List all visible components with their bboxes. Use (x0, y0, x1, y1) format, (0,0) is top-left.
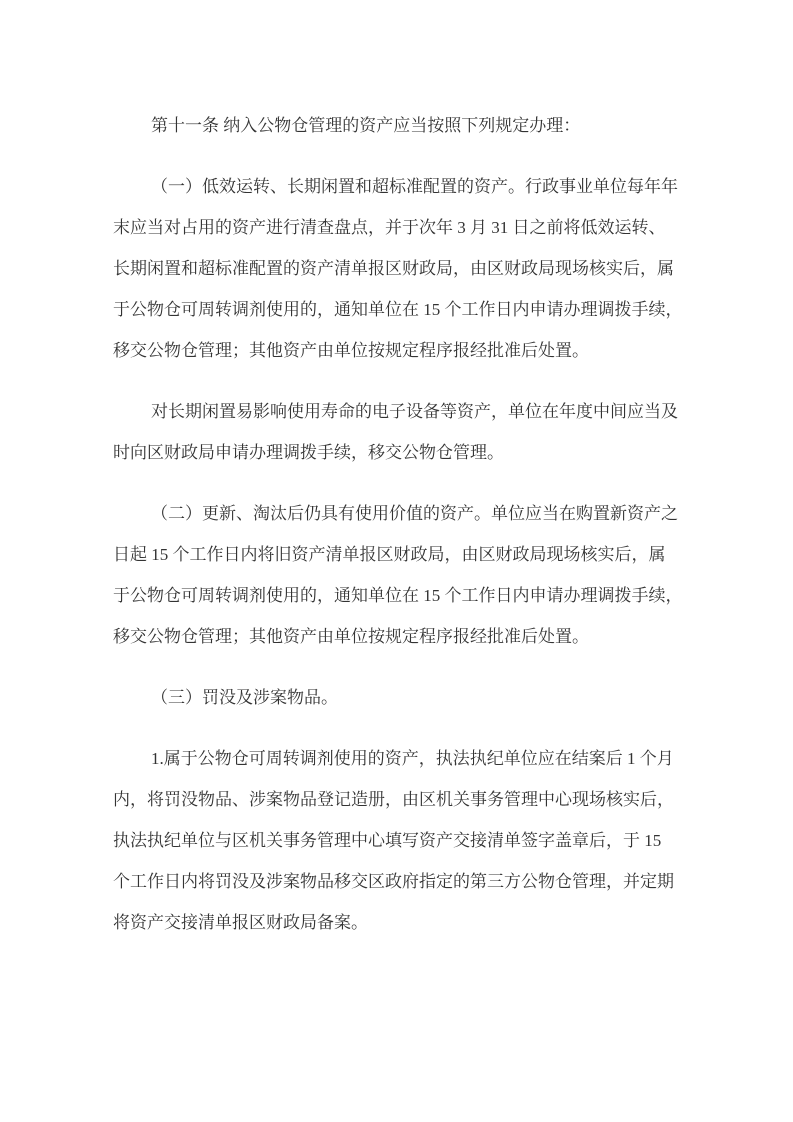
paragraph-article-11-heading: 第十一条 纳入公物仓管理的资产应当按照下列规定办理： (113, 105, 680, 146)
text-line: 于公物仓可周转调剂使用的，通知单位在 15 个工作日内申请办理调拨手续， (113, 575, 680, 616)
text-line: 第十一条 纳入公物仓管理的资产应当按照下列规定办理： (113, 105, 680, 146)
document-body: 第十一条 纳入公物仓管理的资产应当按照下列规定办理： （一）低效运转、长期闲置和… (113, 105, 680, 963)
paragraph-item-3-sub-1: 1.属于公物仓可周转调剂使用的资产，执法执纪单位应在结案后 1 个月 内，将罚没… (113, 738, 680, 943)
paragraph-electronic-equipment: 对长期闲置易影响使用寿命的电子设备等资产，单位在年度中间应当及 时向区财政局申请… (113, 391, 680, 473)
text-line: 将资产交接清单报区财政局备案。 (113, 902, 680, 943)
paragraph-item-3: （三）罚没及涉案物品。 (113, 677, 680, 718)
text-line: 时向区财政局申请办理调拨手续，移交公物仓管理。 (113, 432, 680, 473)
document-page: 第十一条 纳入公物仓管理的资产应当按照下列规定办理： （一）低效运转、长期闲置和… (0, 0, 793, 1122)
text-line: 日起 15 个工作日内将旧资产清单报区财政局，由区财政局现场核实后，属 (113, 534, 680, 575)
text-line: 执法执纪单位与区机关事务管理中心填写资产交接清单签字盖章后，于 15 (113, 820, 680, 861)
text-line: 内，将罚没物品、涉案物品登记造册，由区机关事务管理中心现场核实后， (113, 779, 680, 820)
text-line: （一）低效运转、长期闲置和超标准配置的资产。行政事业单位每年年 (113, 166, 680, 207)
text-line: 对长期闲置易影响使用寿命的电子设备等资产，单位在年度中间应当及 (113, 391, 680, 432)
text-line: （三）罚没及涉案物品。 (113, 677, 680, 718)
text-line: 移交公物仓管理；其他资产由单位按规定程序报经批准后处置。 (113, 616, 680, 657)
paragraph-item-1: （一）低效运转、长期闲置和超标准配置的资产。行政事业单位每年年 末应当对占用的资… (113, 166, 680, 371)
text-line: （二）更新、淘汰后仍具有使用价值的资产。单位应当在购置新资产之 (113, 493, 680, 534)
text-line: 个工作日内将罚没及涉案物品移交区政府指定的第三方公物仓管理，并定期 (113, 861, 680, 902)
text-line: 末应当对占用的资产进行清查盘点，并于次年 3 月 31 日之前将低效运转、 (113, 207, 680, 248)
text-line: 长期闲置和超标准配置的资产清单报区财政局，由区财政局现场核实后，属 (113, 248, 680, 289)
text-line: 于公物仓可周转调剂使用的，通知单位在 15 个工作日内申请办理调拨手续， (113, 289, 680, 330)
text-line: 1.属于公物仓可周转调剂使用的资产，执法执纪单位应在结案后 1 个月 (113, 738, 680, 779)
text-line: 移交公物仓管理；其他资产由单位按规定程序报经批准后处置。 (113, 330, 680, 371)
paragraph-item-2: （二）更新、淘汰后仍具有使用价值的资产。单位应当在购置新资产之 日起 15 个工… (113, 493, 680, 657)
